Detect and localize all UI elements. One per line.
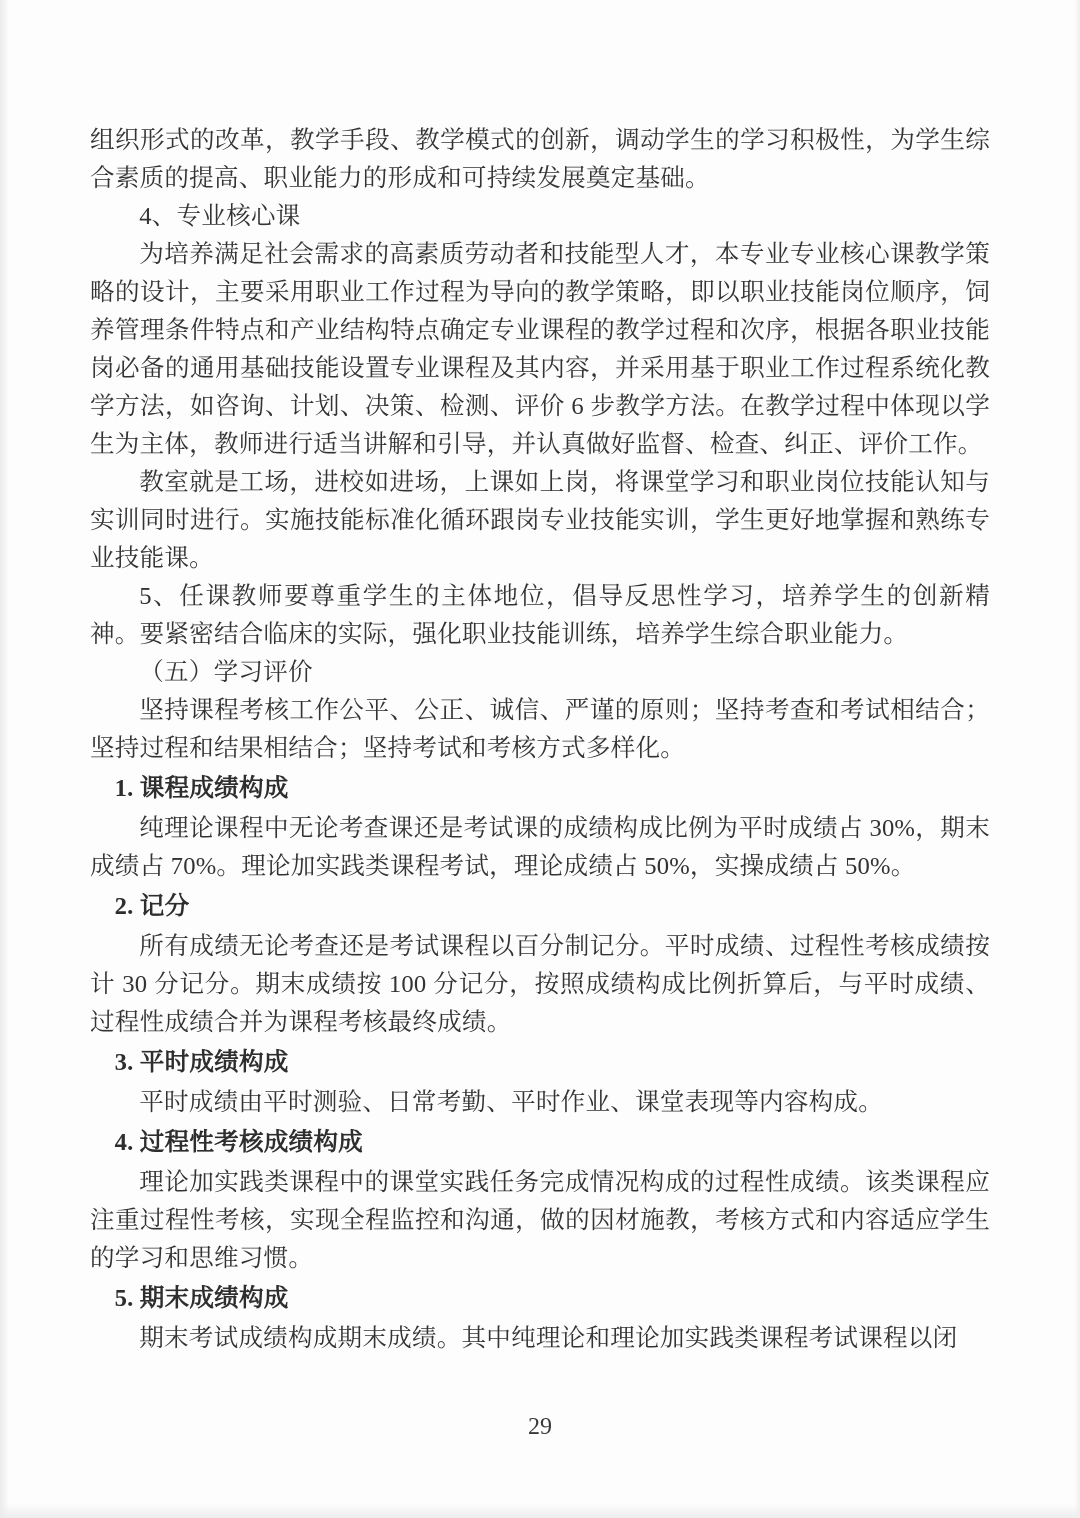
document-page: 组织形式的改革，教学手段、教学模式的创新，调动学生的学习积极性，为学生综合素质的… <box>0 0 1080 1518</box>
numbered-heading-3-daily-score: 3. 平时成绩构成 <box>90 1044 990 1082</box>
numbered-heading-5-final-score: 5. 期末成绩构成 <box>90 1280 990 1318</box>
paragraph: 教室就是工场，进校如进场，上课如上岗，将课堂学习和职业岗位技能认知与实训同时进行… <box>90 464 990 578</box>
page-number: 29 <box>0 1412 1080 1442</box>
numbered-heading-4-process-score: 4. 过程性考核成绩构成 <box>90 1124 990 1162</box>
paragraph: 纯理论课程中无论考查课还是考试课的成绩构成比例为平时成绩占 30%，期末成绩占 … <box>90 810 990 886</box>
paragraph: 期末考试成绩构成期末成绩。其中纯理论和理论加实践类课程考试课程以闭 <box>90 1320 990 1358</box>
numbered-heading-2-scoring: 2. 记分 <box>90 888 990 926</box>
numbered-heading-1-course-score: 1. 课程成绩构成 <box>90 770 990 808</box>
paragraph: 5、任课教师要尊重学生的主体地位，倡导反思性学习，培养学生的创新精神。要紧密结合… <box>90 578 990 654</box>
paragraph: 坚持课程考核工作公平、公正、诚信、严谨的原则；坚持考查和考试相结合；坚持过程和结… <box>90 692 990 768</box>
document-body: 组织形式的改革，教学手段、教学模式的创新，调动学生的学习积极性，为学生综合素质的… <box>90 122 990 1358</box>
paragraph: 所有成绩无论考查还是考试课程以百分制记分。平时成绩、过程性考核成绩按计 30 分… <box>90 928 990 1042</box>
section-heading-learning-evaluation: （五）学习评价 <box>90 654 990 692</box>
paragraph-continuation: 组织形式的改革，教学手段、教学模式的创新，调动学生的学习积极性，为学生综合素质的… <box>90 122 990 198</box>
paragraph: 平时成绩由平时测验、日常考勤、平时作业、课堂表现等内容构成。 <box>90 1084 990 1122</box>
paragraph: 理论加实践类课程中的课堂实践任务完成情况构成的过程性成绩。该类课程应注重过程性考… <box>90 1164 990 1278</box>
list-item-4-core-courses: 4、专业核心课 <box>90 198 990 236</box>
paragraph: 为培养满足社会需求的高素质劳动者和技能型人才，本专业专业核心课教学策略的设计，主… <box>90 236 990 464</box>
